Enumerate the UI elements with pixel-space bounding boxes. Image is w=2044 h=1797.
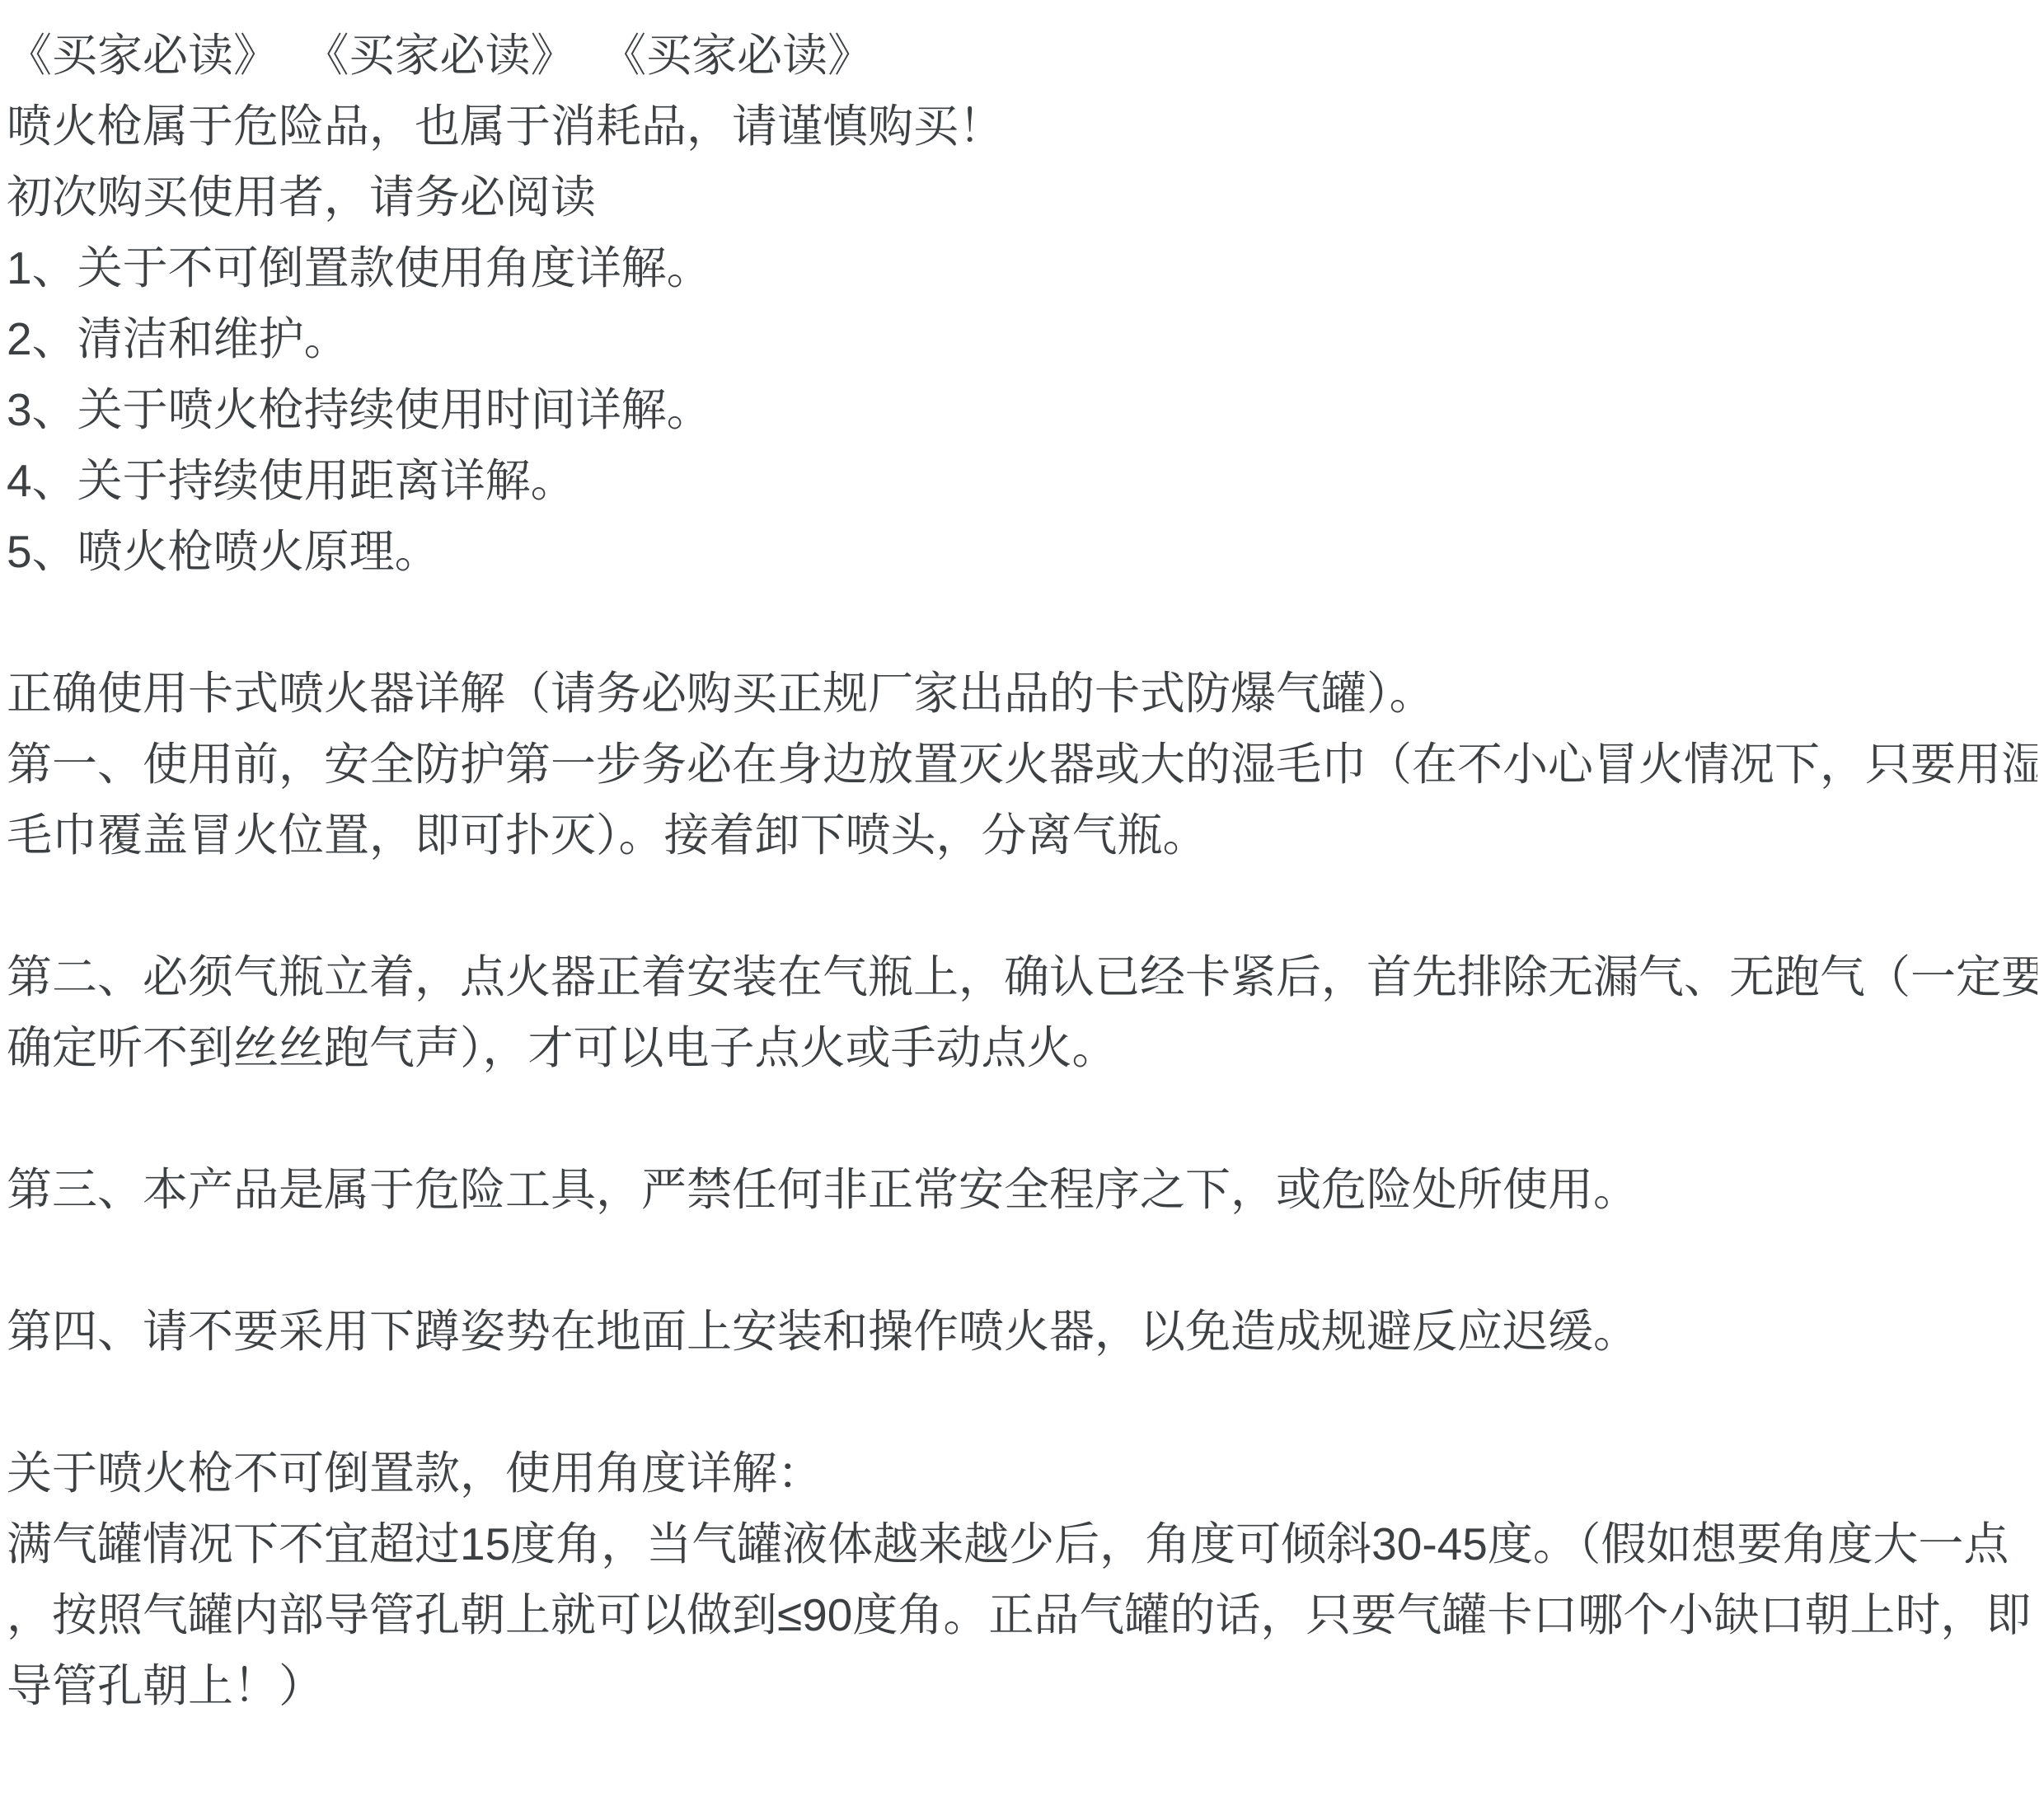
blank-line (7, 1225, 2037, 1296)
text-line: 第一、使用前，安全防护第一步务必在身边放置灭火器或大的湿毛巾（在不小心冒火情况下… (7, 729, 2037, 800)
buyer-notice-document: 《买家必读》 《买家必读》 《买家必读》喷火枪属于危险品，也属于消耗品，请谨慎购… (0, 0, 2044, 1721)
text-line: 3、关于喷火枪持续使用时间详解。 (7, 374, 2037, 445)
text-line: 第三、本产品是属于危险工具，严禁任何非正常安全程序之下，或危险处所使用。 (7, 1154, 2037, 1225)
blank-line (7, 587, 2037, 658)
blank-line (7, 1083, 2037, 1154)
text-line: 正确使用卡式喷火器详解（请务必购买正规厂家出品的卡式防爆气罐）。 (7, 658, 2037, 729)
text-line: ，按照气罐内部导管孔朝上就可以做到≤90度角。正品气罐的话，只要气罐卡口哪个小缺… (7, 1579, 2037, 1650)
text-line: 2、清洁和维护。 (7, 303, 2037, 374)
text-line: 《买家必读》 《买家必读》 《买家必读》 (7, 20, 2037, 91)
text-line: 1、关于不可倒置款使用角度详解。 (7, 232, 2037, 303)
text-line: 满气罐情况下不宜超过15度角，当气罐液体越来越少后，角度可倾斜30-45度。（假… (7, 1508, 2037, 1579)
text-line: 第二、必须气瓶立着，点火器正着安装在气瓶上，确认已经卡紧后，首先排除无漏气、无跑… (7, 941, 2037, 1012)
text-line: 初次购买使用者，请务必阅读 (7, 162, 2037, 232)
text-line: 5、喷火枪喷火原理。 (7, 516, 2037, 587)
text-line: 导管孔朝上！） (7, 1650, 2037, 1721)
blank-line (7, 870, 2037, 941)
text-line: 4、关于持续使用距离详解。 (7, 445, 2037, 516)
text-line: 第四、请不要采用下蹲姿势在地面上安装和操作喷火器，以免造成规避反应迟缓。 (7, 1296, 2037, 1367)
text-line: 关于喷火枪不可倒置款，使用角度详解： (7, 1438, 2037, 1508)
text-line: 喷火枪属于危险品，也属于消耗品，请谨慎购买！ (7, 91, 2037, 162)
text-line: 确定听不到丝丝跑气声），才可以电子点火或手动点火。 (7, 1012, 2037, 1083)
blank-line (7, 1367, 2037, 1438)
text-line: 毛巾覆盖冒火位置，即可扑灭）。接着卸下喷头，分离气瓶。 (7, 800, 2037, 870)
